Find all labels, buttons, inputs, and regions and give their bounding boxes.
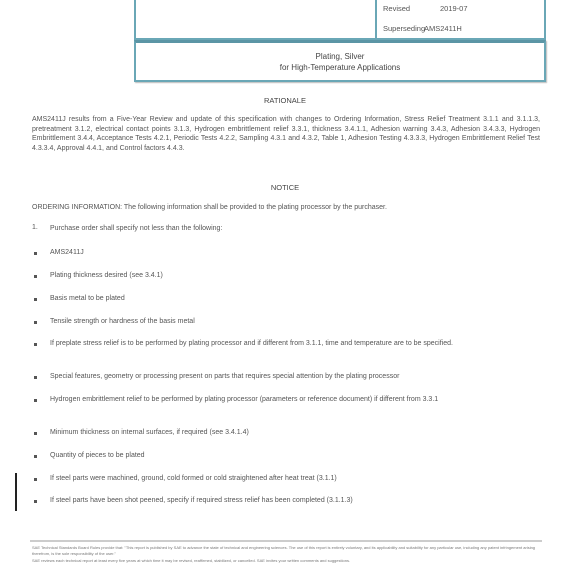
list-intro: Purchase order shall specify not less th… — [50, 224, 540, 234]
footer-review-notice: SAE reviews each technical report at lea… — [32, 558, 542, 564]
bullet-icon — [34, 432, 37, 435]
list-item: Special features, geometry or processing… — [50, 372, 540, 382]
list-item: Tensile strength or hardness of the basi… — [50, 317, 540, 327]
revised-row: Revised 2019-07 — [383, 4, 410, 13]
document-revision-block: Revised 2019-07 Superseding AMS2411H — [375, 0, 546, 40]
list-item: Plating thickness desired (see 3.4.1) — [50, 271, 540, 281]
revision-change-bar — [15, 473, 17, 511]
document-title-box: Plating, Silver for High-Temperature App… — [134, 40, 546, 82]
bullet-icon — [34, 500, 37, 503]
list-number: 1. — [32, 224, 38, 231]
title-line-1: Plating, Silver — [136, 51, 544, 62]
bullet-icon — [34, 321, 37, 324]
list-item: If preplate stress relief is to be perfo… — [50, 339, 540, 349]
bullet-icon — [34, 376, 37, 379]
list-item: If steel parts have been shot peened, sp… — [50, 496, 540, 506]
list-item: Basis metal to be plated — [50, 294, 540, 304]
notice-heading: NOTICE — [0, 183, 570, 192]
bullet-icon — [34, 399, 37, 402]
superseding-row: Superseding AMS2411H — [383, 24, 425, 33]
list-item: If steel parts were machined, ground, co… — [50, 474, 540, 484]
bullet-icon — [34, 252, 37, 255]
list-item: Hydrogen embrittlement relief to be perf… — [50, 395, 540, 405]
rationale-heading: RATIONALE — [0, 96, 570, 105]
bullet-icon — [34, 275, 37, 278]
bullet-icon — [34, 343, 37, 346]
revised-value: 2019-07 — [440, 4, 468, 13]
superseding-label: Superseding — [383, 24, 425, 33]
title-line-2: for High-Temperature Applications — [136, 62, 544, 73]
superseding-value: AMS2411H — [424, 24, 462, 33]
ordering-information: ORDERING INFORMATION: The following info… — [32, 203, 540, 213]
revised-label: Revised — [383, 4, 410, 13]
list-item: AMS2411J — [50, 248, 540, 258]
bullet-icon — [34, 455, 37, 458]
bullet-icon — [34, 478, 37, 481]
list-item: Quantity of pieces to be plated — [50, 451, 540, 461]
rationale-text: AMS2411J results from a Five-Year Review… — [32, 115, 540, 153]
footer-disclaimer: SAE Technical Standards Board Rules prov… — [32, 545, 542, 556]
list-item: Minimum thickness on internal surfaces, … — [50, 428, 540, 438]
footer-divider — [30, 540, 542, 542]
bullet-icon — [34, 298, 37, 301]
